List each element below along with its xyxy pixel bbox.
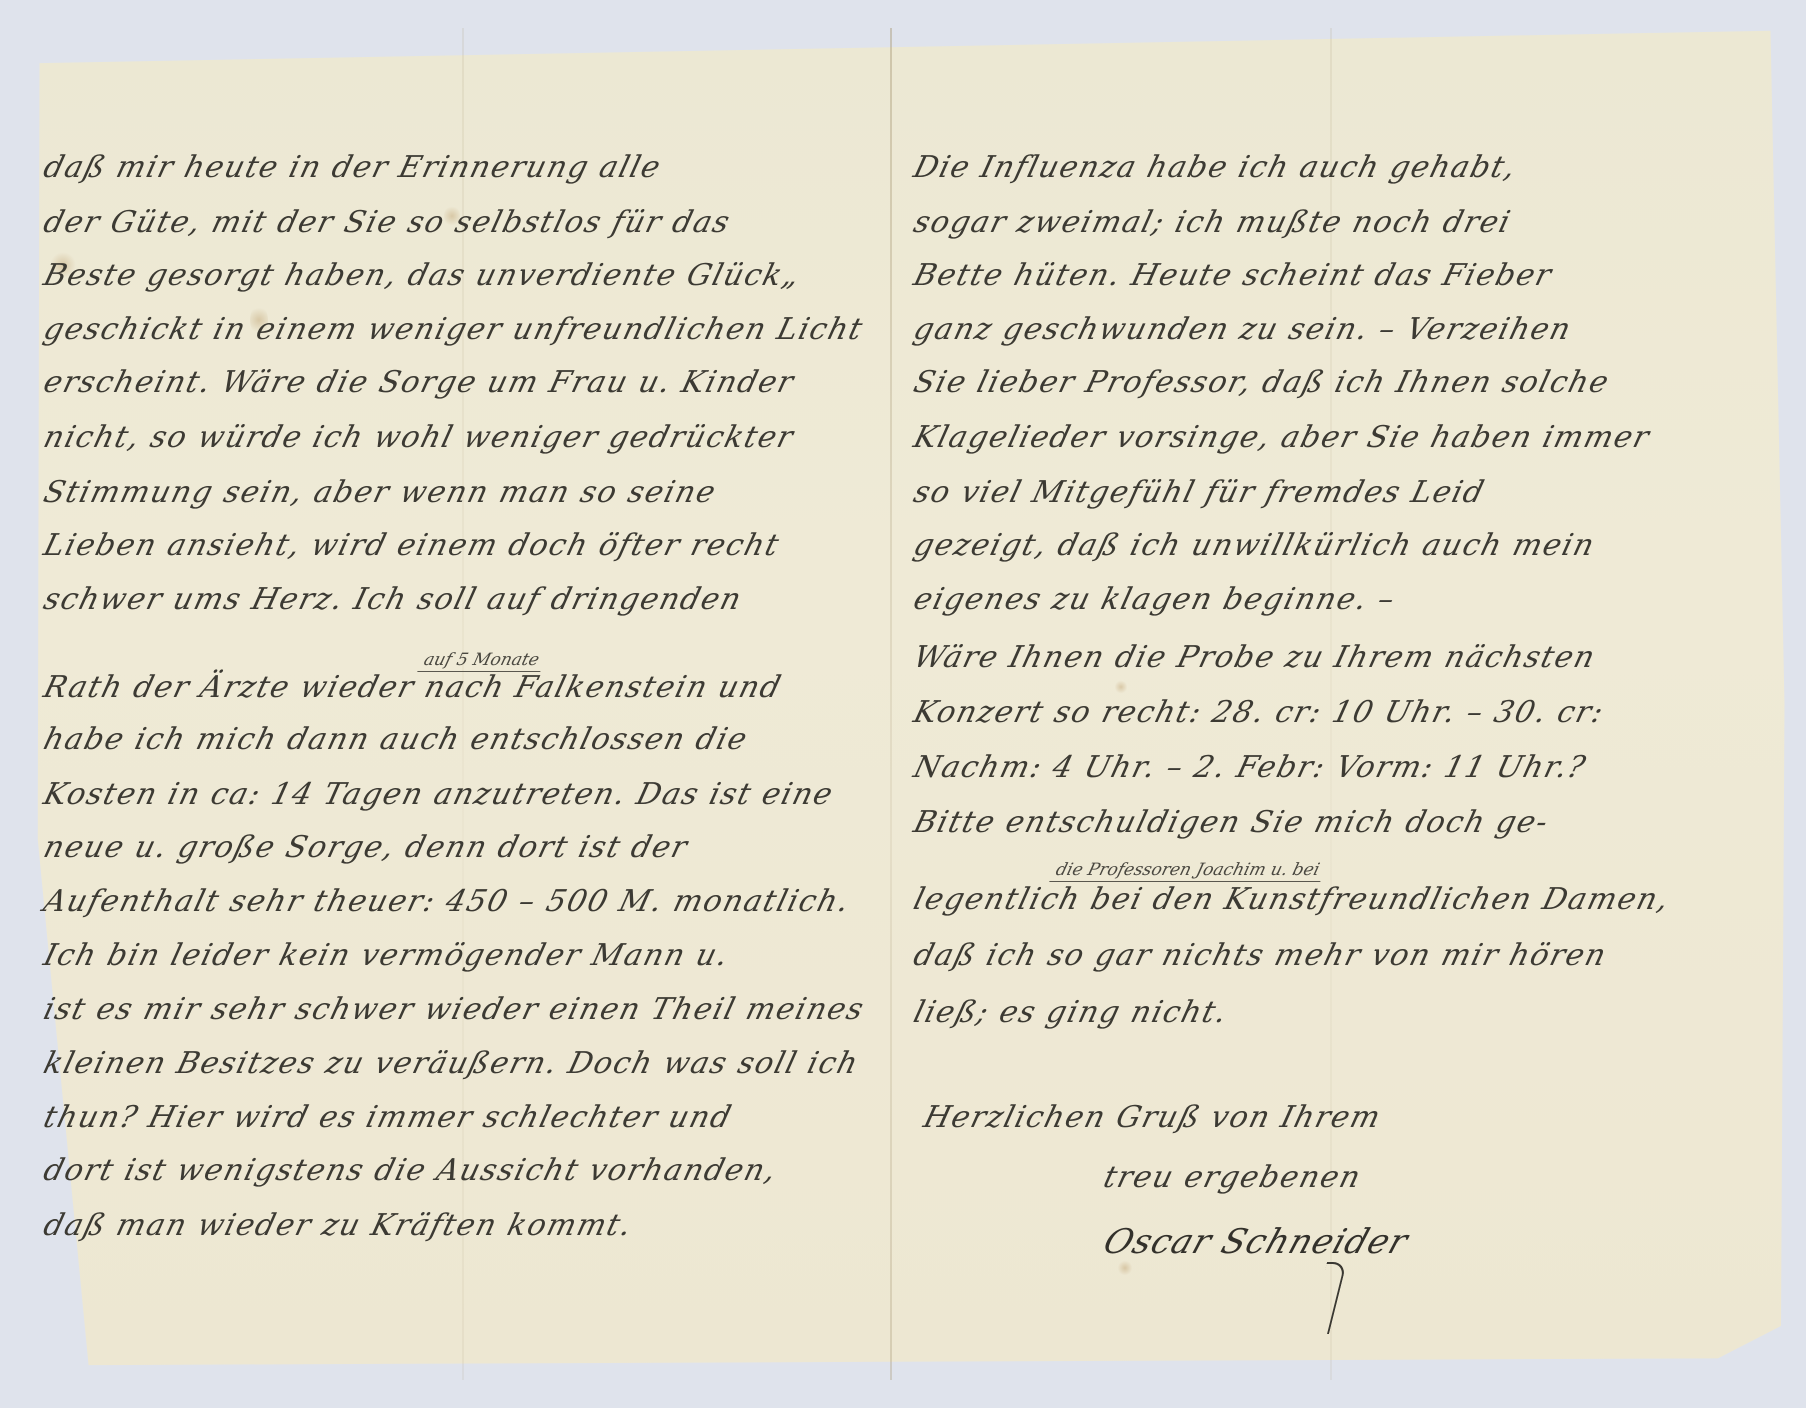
center-fold-crease <box>890 28 892 1380</box>
letter-line: Beste gesorgt haben, das unverdiente Glü… <box>40 258 804 293</box>
letter-line: der Güte, mit der Sie so selbstlos für d… <box>40 205 734 240</box>
closing-valediction: treu ergebenen <box>1100 1160 1365 1195</box>
letter-line: Wäre Ihnen die Probe zu Ihrem nächsten <box>910 640 1600 675</box>
letter-line: Nachm: 4 Uhr. – 2. Febr: Vorm: 11 Uhr.? <box>910 750 1590 785</box>
signature: Oscar Schneider <box>1099 1222 1414 1262</box>
letter-line: geschickt in einem weniger unfreundliche… <box>40 312 867 347</box>
letter-line: Aufenthalt sehr theuer: 450 – 500 M. mon… <box>40 884 854 919</box>
letter-line: Lieben ansieht, wird einem doch öfter re… <box>40 528 784 563</box>
letter-line: habe ich mich dann auch entschlossen die <box>40 722 752 757</box>
letter-line: Ich bin leider kein vermögender Mann u. <box>40 938 733 973</box>
paper-stain <box>1115 680 1127 694</box>
letter-line: Die Influenza habe ich auch gehabt, <box>910 150 1520 185</box>
letter-line: ganz geschwunden zu sein. – Verzeihen <box>910 312 1575 347</box>
letter-line: Rath der Ärzte wieder nach Falkenstein u… <box>40 670 786 705</box>
letter-line: Konzert so recht: 28. cr: 10 Uhr. – 30. … <box>910 695 1608 730</box>
letter-line: kleinen Besitzes zu veräußern. Doch was … <box>40 1046 863 1081</box>
letter-line: Stimmung sein, aber wenn man so seine <box>40 475 720 510</box>
letter-line: erscheint. Wäre die Sorge um Frau u. Kin… <box>40 365 798 400</box>
paper-stain <box>1118 1260 1132 1276</box>
interlinear-insertion: auf 5 Monate <box>417 650 545 672</box>
letter-line: Klagelieder vorsinge, aber Sie haben imm… <box>910 420 1654 455</box>
letter-line: daß ich so gar nichts mehr von mir hören <box>910 938 1611 973</box>
letter-line: legentlich bei den Kunstfreundlichen Dam… <box>910 882 1673 917</box>
letter-line: daß mir heute in der Erinnerung alle <box>40 150 665 185</box>
letter-line: nicht, so würde ich wohl weniger gedrück… <box>40 420 798 455</box>
letter-line: gezeigt, daß ich unwillkürlich auch mein <box>910 528 1599 563</box>
letter-line: Sie lieber Professor, daß ich Ihnen solc… <box>910 365 1613 400</box>
interlinear-insertion: die Professoren Joachim u. bei <box>1049 860 1325 882</box>
letter-line: Bette hüten. Heute scheint das Fieber <box>910 258 1556 293</box>
letter-line: Bitte entschuldigen Sie mich doch ge- <box>910 805 1553 840</box>
letter-line: thun? Hier wird es immer schlechter und <box>40 1100 736 1135</box>
letter-line: sogar zweimal; ich mußte noch drei <box>910 205 1515 240</box>
letter-line: ließ; es ging nicht. <box>910 995 1232 1030</box>
letter-line: ist es mir sehr schwer wieder einen Thei… <box>40 992 868 1027</box>
letter-line: eigenes zu klagen beginne. – <box>910 582 1399 617</box>
letter-line: so viel Mitgefühl für fremdes Leid <box>910 475 1489 510</box>
closing-greeting: Herzlichen Gruß von Ihrem <box>920 1100 1385 1135</box>
letter-line: schwer ums Herz. Ich soll auf dringenden <box>40 582 746 617</box>
letter-line: daß man wieder zu Kräften kommt. <box>40 1208 636 1243</box>
letter-line: Kosten in ca: 14 Tagen anzutreten. Das i… <box>40 777 837 812</box>
letter-line: neue u. große Sorge, denn dort ist der <box>40 830 692 865</box>
letter-line: dort ist wenigstens die Aussicht vorhand… <box>40 1153 781 1188</box>
